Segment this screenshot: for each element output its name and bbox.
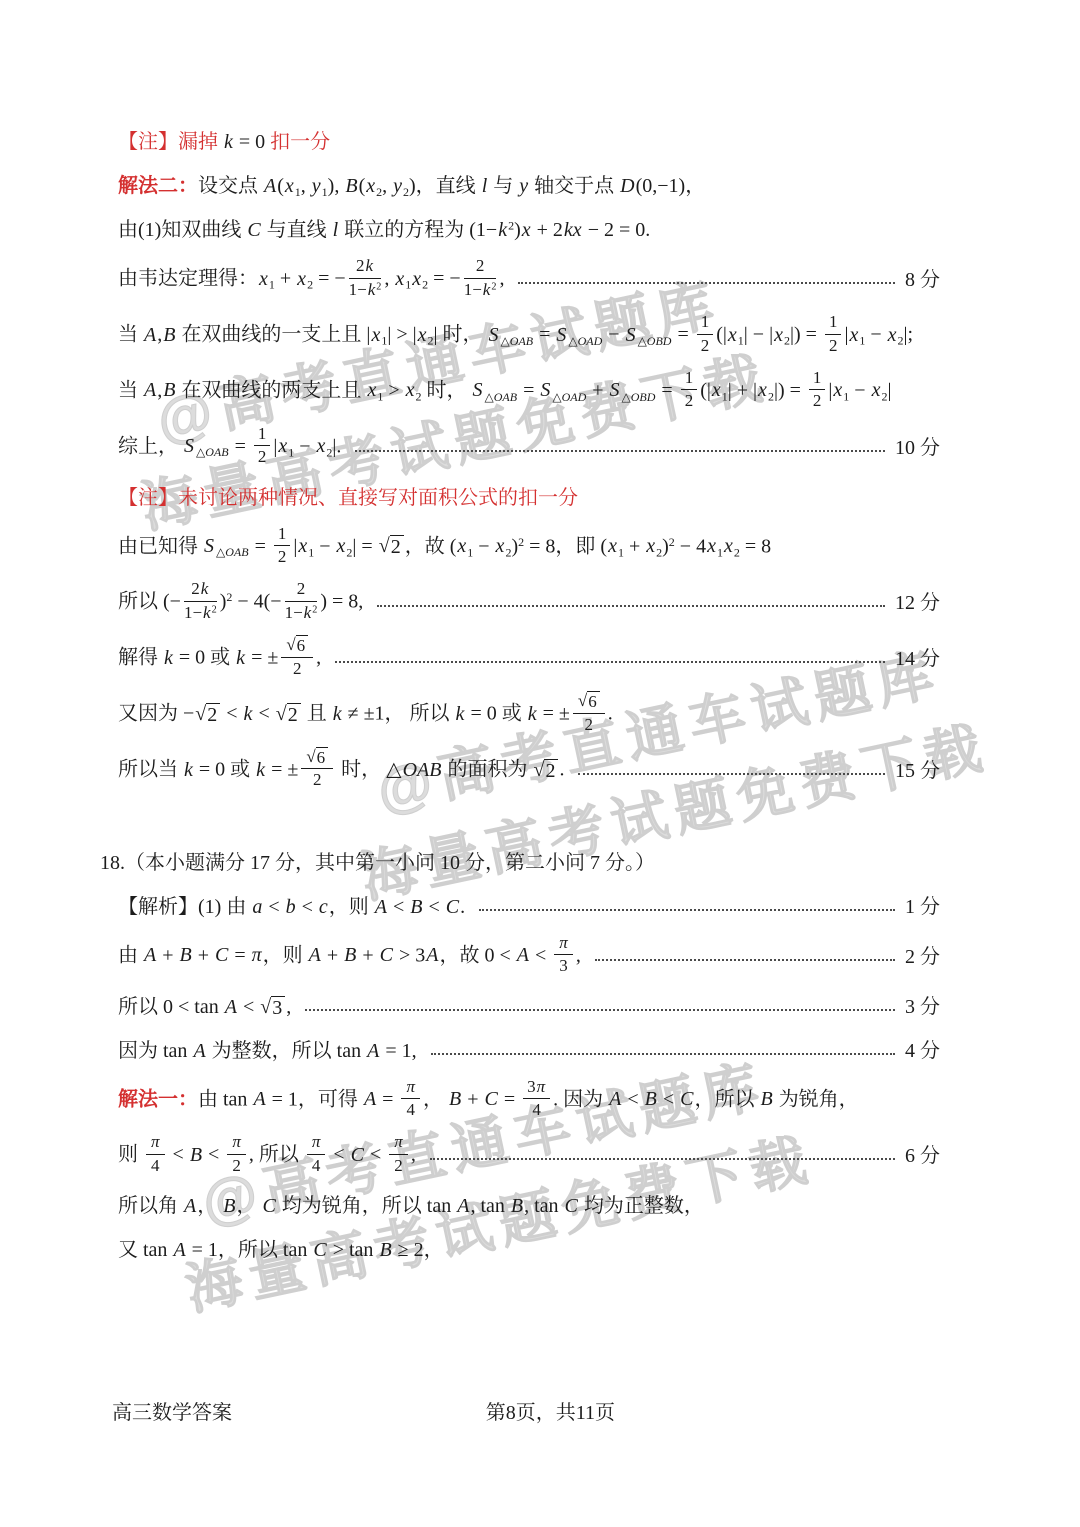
- solution-expression: 【解析】(1) 由 a < b < c，则 A < B < C.: [118, 891, 465, 923]
- solution-expression: 综上， S△OAB = 12|x1 − x2|.: [118, 426, 341, 470]
- dotted-leader: [431, 1053, 895, 1055]
- score-label: 12 分: [895, 587, 940, 619]
- solution-line: 由已知得 S△OAB = 12|x1 − x2| = √2，故 (x1 − x2…: [118, 526, 940, 570]
- footer-doc-title: 高三数学答案: [112, 1396, 232, 1425]
- dotted-leader: [518, 282, 895, 284]
- solution-expression: 【注】漏掉 k = 0 扣一分: [118, 126, 330, 158]
- solution-line: 解法二：设交点 A(x1, y1), B(x2, y2)，直线 l 与 y 轴交…: [118, 170, 940, 202]
- solution-expression: 当 A,B 在双曲线的一支上且 |x1| > |x2| 时， S△OAB = S…: [118, 314, 913, 358]
- solution-expression: 由韦达定理得：x1 + x2 = −2k1−k2, x1x2 = −21−k2,: [118, 258, 504, 302]
- solution-expression: 由(1)知双曲线 C 与直线 l 联立的方程为 (1−k2)x + 2kx − …: [118, 214, 650, 246]
- solution-expression: 又 tan A = 1，所以 tan C > tan B ≥ 2，: [118, 1234, 444, 1266]
- solution-expression: 由已知得 S△OAB = 12|x1 − x2| = √2，故 (x1 − x2…: [118, 526, 771, 570]
- solution-line: 又因为 −√2 < k < √2 且 k ≠ ±1， 所以 k = 0 或 k …: [118, 693, 940, 737]
- solution-line: 解法一：由 tan A = 1，可得 A = π4， B + C = 3π4. …: [118, 1079, 940, 1123]
- solution-expression: 则 π4 < B < π2, 所以 π4 < C < π2,: [118, 1134, 416, 1178]
- score-label: 1 分: [905, 891, 940, 923]
- score-label: 6 分: [905, 1140, 940, 1172]
- solution-expression: 解法一：由 tan A = 1，可得 A = π4， B + C = 3π4. …: [118, 1079, 859, 1123]
- dotted-leader: [335, 661, 885, 663]
- solution-line: 由 A + B + C = π，则 A + B + C > 3A，故 0 < A…: [118, 935, 940, 979]
- dotted-leader: [305, 1009, 895, 1011]
- solution-line: 【注】漏掉 k = 0 扣一分: [118, 126, 940, 158]
- solution-expression: 因为 tan A 为整数，所以 tan A = 1,: [118, 1035, 417, 1067]
- solution-expression: 解法二：设交点 A(x1, y1), B(x2, y2)，直线 l 与 y 轴交…: [118, 170, 705, 202]
- solution-line: 18.（本小题满分 17 分，其中第一小问 10 分，第二小问 7 分。）: [100, 847, 940, 879]
- solution-expression: 由 A + B + C = π，则 A + B + C > 3A，故 0 < A…: [118, 935, 581, 979]
- solution-expression: 18.（本小题满分 17 分，其中第一小问 10 分，第二小问 7 分。）: [100, 847, 655, 879]
- score-label: 15 分: [895, 755, 940, 787]
- solution-expression: 所以 (−2k1−k2)2 − 4(−21−k2) = 8,: [118, 581, 363, 625]
- solution-expression: 所以角 A， B， C 均为锐角，所以 tan A, tan B, tan C …: [118, 1190, 704, 1222]
- score-label: 3 分: [905, 991, 940, 1023]
- dotted-leader: [430, 1158, 895, 1160]
- solution-line: 所以角 A， B， C 均为锐角，所以 tan A, tan B, tan C …: [118, 1190, 940, 1222]
- solution-line: 由(1)知双曲线 C 与直线 l 联立的方程为 (1−k2)x + 2kx − …: [118, 214, 940, 246]
- solution-line: 当 A,B 在双曲线的一支上且 |x1| > |x2| 时， S△OAB = S…: [118, 314, 940, 358]
- solution-expression: 所以当 k = 0 或 k = ±√62 时， △OAB 的面积为 √2.: [118, 749, 564, 793]
- solution-line: 【解析】(1) 由 a < b < c，则 A < B < C. 1 分: [118, 891, 940, 923]
- solution-expression: 解得 k = 0 或 k = ±√62,: [118, 637, 321, 681]
- solution-line: 所以 0 < tan A < √3, 3 分: [118, 991, 940, 1023]
- solution-expression: 又因为 −√2 < k < √2 且 k ≠ ±1， 所以 k = 0 或 k …: [118, 693, 613, 737]
- solution-line: 解得 k = 0 或 k = ±√62, 14 分: [118, 637, 940, 681]
- score-label: 4 分: [905, 1035, 940, 1067]
- exam-answer-page: @高考直通车试题库 海量高考试题免费下载 @高考直通车试题库 海量高考试题免费下…: [0, 0, 1080, 1527]
- solution-line: 由韦达定理得：x1 + x2 = −2k1−k2, x1x2 = −21−k2,…: [118, 258, 940, 302]
- score-label: 10 分: [895, 432, 940, 464]
- score-label: 14 分: [895, 643, 940, 675]
- solution-expression: 所以 0 < tan A < √3,: [118, 991, 291, 1023]
- solution-line: 综上， S△OAB = 12|x1 − x2|.10 分: [118, 426, 940, 470]
- score-label: 8 分: [905, 264, 940, 296]
- dotted-leader: [479, 909, 895, 911]
- solution-line: 又 tan A = 1，所以 tan C > tan B ≥ 2，: [118, 1234, 940, 1266]
- solution-line: 因为 tan A 为整数，所以 tan A = 1, 4 分: [118, 1035, 940, 1067]
- solution-line: 当 A,B 在双曲线的两支上且 x1 > x2 时， S△OAB = S△OAD…: [118, 370, 940, 414]
- footer-page-number: 第8页，共11页: [486, 1396, 615, 1425]
- solution-line: 则 π4 < B < π2, 所以 π4 < C < π2, 6 分: [118, 1134, 940, 1178]
- solution-line: 【注】未讨论两种情况、直接写对面积公式的扣一分: [118, 482, 940, 514]
- dotted-leader: [578, 773, 885, 775]
- solution-expression: 【注】未讨论两种情况、直接写对面积公式的扣一分: [118, 482, 578, 514]
- solution-line: 所以当 k = 0 或 k = ±√62 时， △OAB 的面积为 √2.15 …: [118, 749, 940, 793]
- dotted-leader: [355, 450, 885, 452]
- solution-expression: 当 A,B 在双曲线的两支上且 x1 > x2 时， S△OAB = S△OAD…: [118, 370, 891, 414]
- solution-content: 【注】漏掉 k = 0 扣一分解法二：设交点 A(x1, y1), B(x2, …: [118, 126, 940, 1278]
- solution-line: 所以 (−2k1−k2)2 − 4(−21−k2) = 8, 12 分: [118, 581, 940, 625]
- score-label: 2 分: [905, 941, 940, 973]
- dotted-leader: [595, 959, 895, 961]
- dotted-leader: [377, 605, 885, 607]
